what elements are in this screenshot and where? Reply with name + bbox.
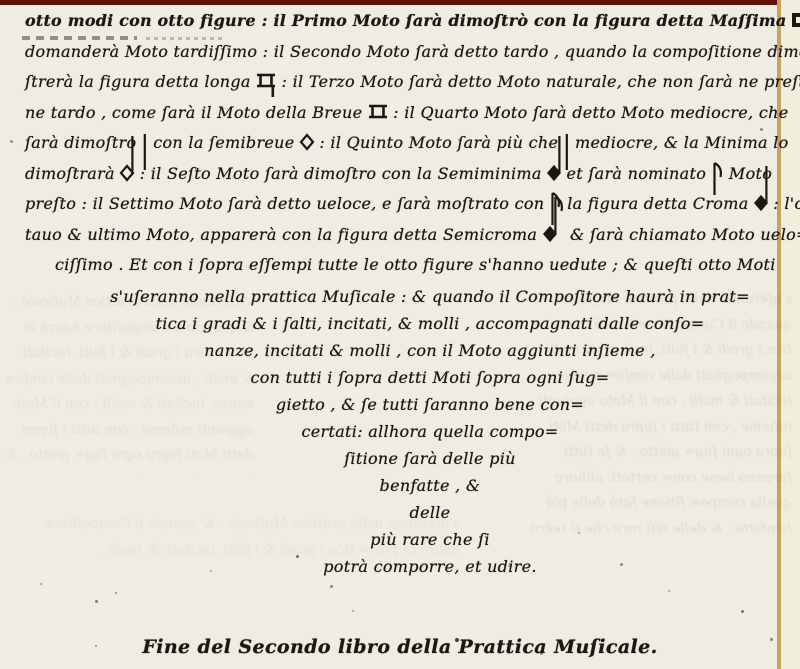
text-segment: : il Terzo Moto ſarà detto Moto naturale… [276, 72, 800, 91]
text-segment: : il Quarto Moto ſarà detto Moto mediocr… [388, 103, 789, 122]
footer-line: Fine del Secondo libro della Prattica Mu… [0, 636, 800, 658]
text-segment: dimoſtrarà [25, 164, 120, 183]
croma-note-icon [543, 226, 565, 242]
text-segment: et ſarà nominato [561, 164, 711, 183]
ink-speckle [95, 600, 98, 603]
text-segment: la figura detta Croma [562, 194, 754, 213]
text-segment: tauo & ultimo Moto, apparerà con la figu… [25, 225, 543, 244]
ink-speckle [760, 128, 763, 131]
note-stem-icon [142, 134, 148, 150]
ink-speckle [770, 638, 773, 641]
ink-speckle [455, 638, 459, 642]
semiminima-note-icon [547, 165, 561, 181]
text-line: ſitione ſarà delle più [60, 445, 800, 472]
text-segment: ne tardo , come ſarà il Moto della Breue [25, 103, 368, 122]
paragraph-block: otto modi con otto figure : il Primo Mot… [25, 6, 770, 281]
ink-speckle [352, 610, 354, 612]
ink-speckle [330, 585, 333, 588]
ink-speckle [578, 532, 580, 534]
ink-speckle [296, 555, 299, 558]
ink-speckle [508, 565, 510, 567]
ink-speckle [10, 140, 13, 143]
croma-flag-stem-icon [712, 165, 724, 181]
text-line: potrà comporre, et udire. [60, 553, 800, 580]
text-segment: ciſſimo . Et con i ſopra eſſempi tutte l… [55, 255, 776, 274]
text-segment: con la ſemibreue [148, 133, 300, 152]
text-line: ſarà dimoſtro con la ſemibreue : il Quin… [25, 128, 770, 159]
text-line: dimoſtrarà : il Seſto Moto ſarà dimoſtro… [25, 159, 770, 190]
text-segment: : l'ot [768, 194, 800, 213]
text-segment: : il Seſto Moto ſarà dimoſtro con la Sem… [134, 164, 547, 183]
top-edge-bar [0, 0, 800, 5]
taper-block: s'uſeranno nella prattica Muſicale : & q… [0, 283, 800, 580]
text-line: preſto : il Settimo Moto ſarà detto uelo… [25, 189, 770, 220]
text-line: ne tardo , come ſarà il Moto della Breue… [25, 98, 770, 129]
text-segment: & ſarà chiamato Moto uelo= [565, 225, 800, 244]
breve-note-icon [368, 104, 388, 120]
ink-speckle [40, 583, 42, 585]
text-line: ciſſimo . Et con i ſopra eſſempi tutte l… [25, 250, 770, 281]
text-line: ſtrerà la figura detta longa : il Terzo … [25, 67, 770, 98]
book-page: s'uſeranno nella prattica Muſicale : & q… [0, 0, 800, 669]
text-segment: mediocre, & la Minima lo [570, 133, 789, 152]
text-segment: preſto : il Settimo Moto ſarà detto uelo… [25, 194, 550, 213]
text-line: con tutti i ſopra detti Moti ſopra ogni … [60, 364, 800, 391]
text-line: gietto , & ſe tutti ſaranno bene con= [60, 391, 800, 418]
ink-speckle [668, 590, 670, 592]
text-segment: : il Quinto Moto ſarà più che [314, 133, 564, 152]
text-segment: ſtrerà la figura detta longa [25, 72, 256, 91]
ink-speckle [210, 570, 212, 572]
text-line: delle [60, 499, 800, 526]
ink-speckle [620, 563, 623, 566]
text-segment: domanderà Moto tardiſſimo : il Secondo M… [25, 42, 800, 61]
ink-speckle [115, 592, 117, 594]
text-line: nanze, incitati & molli , con il Moto ag… [60, 337, 800, 364]
ink-speckle [540, 652, 543, 655]
text-segment: otto modi con otto figure : il Primo Mot… [25, 11, 792, 30]
text-line: certati: allhora quella compo= [60, 418, 800, 445]
text-line: benfatte , & [60, 472, 800, 499]
note-stem-icon [564, 134, 570, 150]
text-line: tauo & ultimo Moto, apparerà con la figu… [25, 220, 770, 251]
minima-note-icon [120, 165, 134, 181]
text-line: s'uſeranno nella prattica Muſicale : & q… [60, 283, 800, 310]
text-line: più rare che ſi [60, 526, 800, 553]
text-line: tica i gradi & i ſalti, incitati, & moll… [60, 310, 800, 337]
ink-speckle [95, 645, 97, 647]
semibreve-note-icon [300, 134, 314, 150]
semiminima-note-icon [754, 195, 768, 211]
maxima-note-icon [792, 12, 800, 28]
ink-speckle [741, 610, 744, 613]
text-line: otto modi con otto figure : il Primo Mot… [25, 6, 770, 37]
longa-note-icon [256, 73, 276, 89]
text-line: domanderà Moto tardiſſimo : il Secondo M… [25, 37, 770, 68]
